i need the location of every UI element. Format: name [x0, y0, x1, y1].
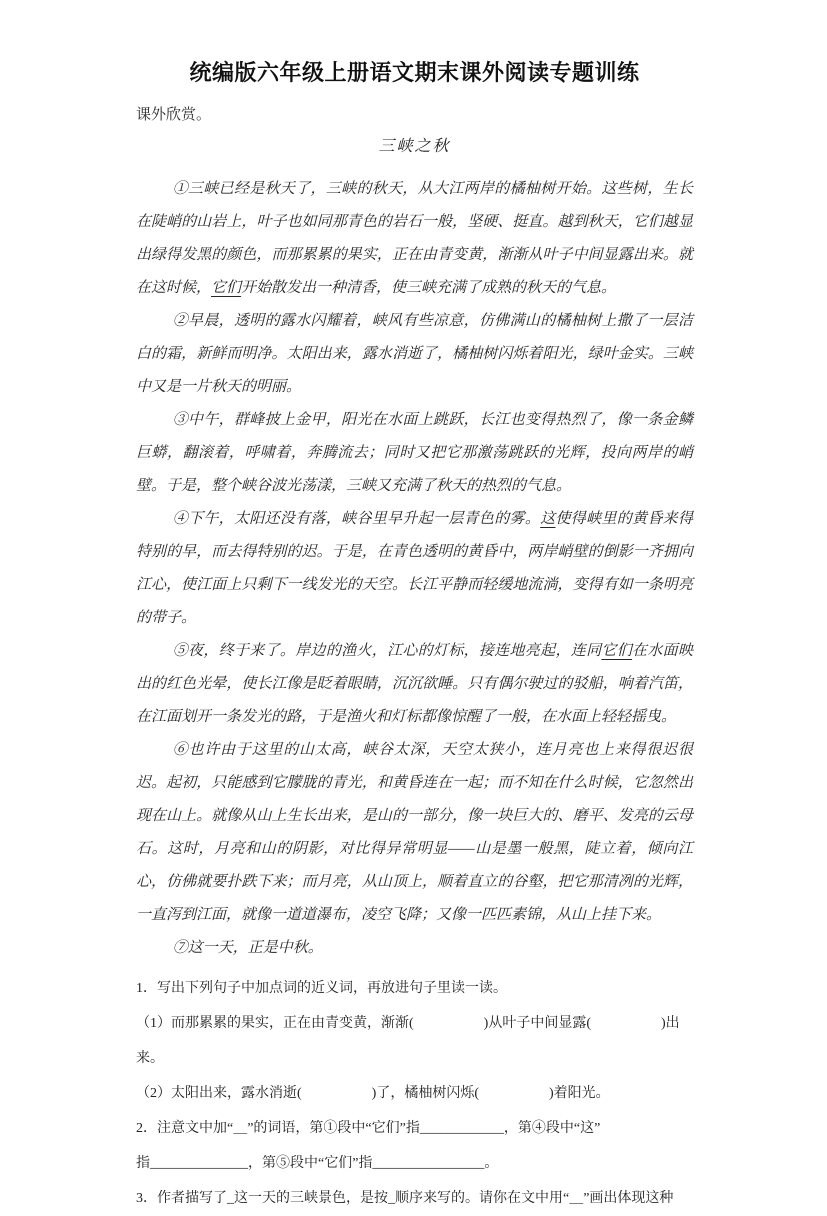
passage-text: ⑤夜，终于来了。岸边的渔火，江心的灯标，接连地亮起，连同 [173, 643, 602, 659]
passage-title: 三峡之秋 [136, 135, 693, 159]
question-line: 2．注意文中加“＿”的词语，第①段中“它们”指____________，第④段中… [136, 1111, 693, 1146]
passage-text: ②早晨，透明的露水闪耀着，峡风有些凉意，仿佛满山的橘柚树上撒了一层洁白的霜，新鲜… [136, 313, 693, 395]
passage-paragraph: ①三峡已经是秋天了，三峡的秋天，从大江两岸的橘柚树开始。这些树，生长在陡峭的山岩… [136, 173, 693, 305]
underlined-word: 它们 [601, 643, 632, 659]
intro-text: 课外欣赏。 [136, 104, 693, 126]
passage-text: ③中午，群峰披上金甲，阳光在水面上跳跃，长江也变得热烈了，像一条金鳞巨蟒，翻滚着… [136, 412, 693, 494]
passage-text: ⑥也许由于这里的山太高，峡谷太深，天空太狭小，连月亮也上来得很迟很迟。起初，只能… [136, 742, 693, 923]
passage-paragraph: ⑥也许由于这里的山太高，峡谷太深，天空太狭小，连月亮也上来得很迟很迟。起初，只能… [136, 734, 693, 932]
passage-paragraph: ③中午，群峰披上金甲，阳光在水面上跳跃，长江也变得热烈了，像一条金鳞巨蟒，翻滚着… [136, 404, 693, 503]
passage-body: ①三峡已经是秋天了，三峡的秋天，从大江两岸的橘柚树开始。这些树，生长在陡峭的山岩… [136, 173, 693, 965]
underlined-word: 这 [540, 511, 555, 527]
passage-text: ④下午，太阳还没有落，峡谷里早升起一层青色的雾。 [173, 511, 540, 527]
passage-text: ⑦这一天，正是中秋。 [173, 940, 323, 956]
passage-text: 使得峡里的黄昏来得特别的早，而去得特别的迟。于是，在青色透明的黄昏中，两岸峭壁的… [136, 511, 693, 626]
worksheet-page: 统编版六年级上册语文期末课外阅读专题训练 课外欣赏。 三峡之秋 ①三峡已经是秋天… [136, 58, 693, 1169]
page-title: 统编版六年级上册语文期末课外阅读专题训练 [136, 58, 693, 88]
underlined-word: 它们 [211, 280, 241, 296]
passage-paragraph: ⑤夜，终于来了。岸边的渔火，江心的灯标，接连地亮起，连同它们在水面映出的红色光晕… [136, 635, 693, 734]
passage-paragraph: ②早晨，透明的露水闪耀着，峡风有些凉意，仿佛满山的橘柚树上撒了一层洁白的霜，新鲜… [136, 305, 693, 404]
question-line: （2）太阳出来，露水消逝( )了，橘柚树闪烁( )着阳光。 [136, 1076, 693, 1111]
question-line: 指______________，第⑤段中“它们”指_______________… [136, 1146, 693, 1169]
passage-text: 开始散发出一种清香，使三峡充满了成熟的秋天的气息。 [241, 280, 616, 296]
passage-paragraph: ④下午，太阳还没有落，峡谷里早升起一层青色的雾。这使得峡里的黄昏来得特别的早，而… [136, 503, 693, 635]
questions-section: 1．写出下列句子中加点词的近义词，再放进句子里读一读。（1）而那累累的果实，正在… [136, 971, 693, 1169]
passage-text: ①三峡已经是秋天了，三峡的秋天，从大江两岸的橘柚树开始。这些树，生长在陡峭的山岩… [136, 181, 693, 296]
passage-paragraph: ⑦这一天，正是中秋。 [136, 932, 693, 965]
question-line: （1）而那累累的果实，正在由青变黄，渐渐( )从叶子中间显露( )出来。 [136, 1006, 693, 1076]
question-line: 1．写出下列句子中加点词的近义词，再放进句子里读一读。 [136, 971, 693, 1006]
